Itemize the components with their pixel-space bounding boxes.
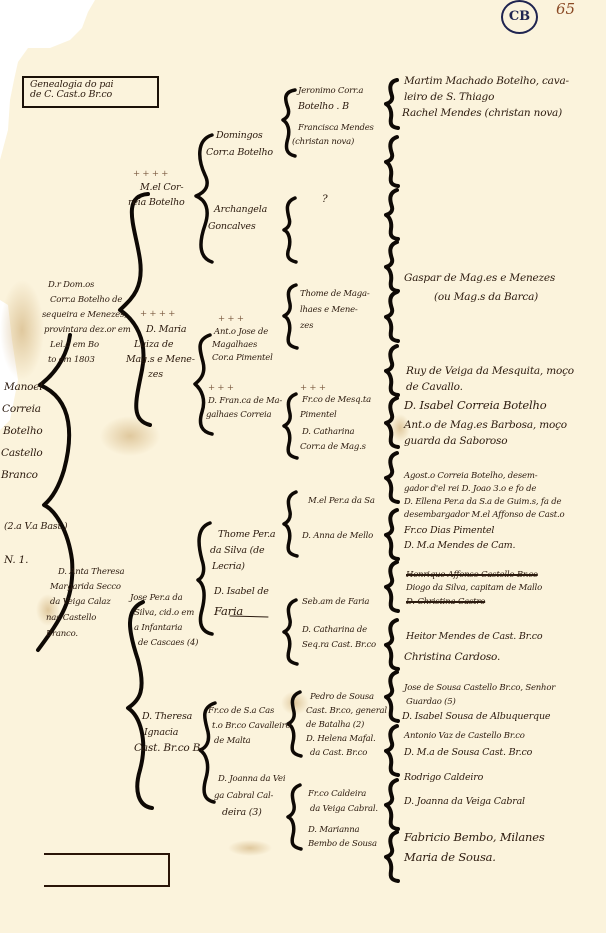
name-line: Archangela — [214, 205, 267, 215]
name-line: Francisca Mendes — [298, 124, 374, 133]
name-line: galhaes Correia — [206, 411, 271, 420]
name-line: D. M.a de Sousa Cast. Br.co — [404, 748, 532, 758]
name-line: D. Joanna da Vei — [218, 775, 285, 784]
name-line: M.el Cor- — [140, 183, 183, 193]
name-line: Botelho . B — [298, 102, 349, 112]
name-line: Thome de Maga- — [300, 290, 370, 299]
name-line: Diogo da Silva, capitam de Mallo — [406, 584, 542, 593]
name-line: Jose de Sousa Castello Br.co, Senhor — [404, 684, 555, 693]
name-line: Corr.a de Mag.s — [300, 443, 366, 452]
name-line: Fr.co Caldeira — [308, 790, 366, 799]
name-line: Agost.o Correia Botelho, desem- — [404, 472, 537, 481]
name-line: Ant.o de Mag.es Barbosa, moço — [404, 420, 567, 431]
name-line: reia Botelho — [128, 198, 185, 208]
name-line: Corr.a Botelho de — [50, 296, 122, 305]
name-line: M.el Per.a da Sa — [308, 497, 375, 506]
name-line: Fr.co de S.a Cas — [208, 707, 274, 716]
name-line: Fr.co Dias Pimentel — [404, 526, 494, 536]
name-line: Margarida Secco — [50, 583, 121, 592]
name-line: Rodrigo Caldeiro — [404, 773, 483, 783]
name-line: Jose Per.a da — [130, 594, 183, 603]
name-line: D. Catharina — [302, 428, 354, 437]
name-line: guarda da Saboroso — [404, 436, 507, 447]
name-line: Fr.co de Mesq.ta — [302, 396, 371, 405]
name-line: Martim Machado Botelho, cava- — [404, 76, 569, 87]
name-line: da Silva (de — [210, 546, 264, 556]
name-line: t.o Br.co Cavalleiro — [212, 722, 290, 731]
name-line: Ruy de Veiga da Mesquita, moço — [406, 366, 574, 377]
name-line: D. Theresa — [142, 712, 192, 722]
name-line: Seb.am de Faria — [302, 598, 369, 607]
name-line: Castello — [1, 448, 43, 459]
name-line: a Infantaria — [134, 624, 182, 633]
folio-number: 65 — [556, 0, 575, 18]
name-line: Maria de Sousa. — [404, 851, 496, 863]
name-line: deira (3) — [222, 808, 262, 818]
name-line: Ant.o Jose de — [214, 328, 268, 337]
name-line: (ou Mag.s da Barca) — [434, 292, 538, 303]
name-line: zes — [300, 322, 313, 331]
name-line: zes — [148, 370, 163, 380]
name-line: lhaes e Mene- — [300, 306, 358, 315]
unknown-marker: ? — [322, 194, 327, 205]
struck-line: Henrique Affonso Castello Br.co — [406, 571, 538, 580]
name-line: da Veiga Cabral. — [310, 805, 378, 814]
name-line: da Veiga Calaz — [50, 598, 111, 607]
name-line: D. Isabel de — [214, 587, 269, 597]
name-line: Corr.a Botelho — [206, 148, 273, 158]
name-line: leiro de S. Thiago — [404, 92, 494, 103]
name-line: ga Cabral Cal- — [214, 792, 273, 801]
name-line: Heitor Mendes de Cast. Br.co — [406, 632, 542, 642]
name-line: Cast. Br.co B. — [134, 743, 203, 754]
name-line: Gaspar de Mag.es e Menezes — [404, 273, 555, 284]
name-line: sequeira e Menezes, — [42, 311, 127, 320]
cross-marks: + + + + — [140, 310, 175, 319]
name-line: D. Anna de Mello — [302, 532, 373, 541]
library-stamp: CB — [501, 0, 538, 34]
subject-number: N. 1. — [4, 555, 28, 566]
cross-marks: + + + — [218, 315, 244, 324]
name-line: Pedro de Sousa — [310, 693, 374, 702]
name-line: Branco — [1, 470, 38, 481]
name-line: da Cast. Br.co — [310, 749, 367, 758]
name-line: Cor.a Pimentel — [212, 354, 273, 363]
cross-marks: + + + + — [133, 170, 168, 179]
name-line: D. Helena Mafal. — [306, 735, 376, 744]
manuscript-page: CB 65 Genealogia do pai de C. Cast.o Br.… — [0, 0, 606, 933]
name-line: Luiza de — [134, 340, 173, 350]
subject-note: (2.a V.a Bast.) — [4, 522, 67, 532]
name-line: D. Joanna da Veiga Cabral — [404, 797, 525, 807]
name-line: D. Catharina de — [302, 626, 367, 635]
name-line: de Cascaes (4) — [138, 639, 198, 648]
name-line: Domingos — [216, 131, 263, 141]
empty-box — [44, 853, 170, 887]
cross-marks: + + + — [300, 384, 326, 393]
name-line: Manoel — [4, 382, 42, 393]
name-line: de Malta — [214, 737, 251, 746]
name-line: de Cavallo. — [406, 382, 463, 393]
name-line: Fabricio Bembo, Milanes — [404, 831, 545, 843]
cross-marks: + + + — [208, 384, 234, 393]
name-line: D. Marianna — [308, 826, 359, 835]
name-line: Silva, cid.o em — [134, 609, 194, 618]
name-line: Lecria) — [212, 562, 245, 572]
name-line: Seq.ra Cast. Br.co — [302, 641, 376, 650]
name-line: D. Maria — [146, 325, 186, 335]
name-line: Ignacia — [144, 728, 178, 738]
name-line: Branco. — [46, 630, 78, 639]
name-line: Guardao (5) — [406, 698, 456, 707]
struck-line: D. Christina Castro — [406, 598, 485, 607]
name-line: D. Isabel Sousa de Albuquerque — [402, 712, 550, 722]
title-line: de C. Cast.o Br.co — [30, 90, 157, 100]
name-line: D. Isabel Correia Botelho — [404, 399, 546, 411]
name-line: D. Fran.ca de Ma- — [208, 397, 282, 406]
name-line: nas Castello — [46, 614, 96, 623]
name-line: to em 1803 — [48, 356, 95, 365]
name-line: Rachel Mendes (christan nova) — [402, 108, 562, 119]
name-line: Christina Cardoso. — [404, 652, 500, 663]
name-line: Lel.o em Bo — [50, 341, 99, 350]
name-line: desembargador M.el Affonso de Cast.o — [404, 511, 564, 520]
name-line: Thome Per.a — [218, 530, 275, 540]
name-line: Faria — [214, 605, 243, 617]
name-line: gador d'el rei D. Joao 3.o e fo de — [404, 485, 536, 494]
title-box: Genealogia do pai de C. Cast.o Br.co — [22, 76, 159, 108]
name-line: Antonio Vaz de Castello Br.co — [404, 732, 525, 741]
name-line: Magalhaes — [212, 341, 257, 350]
name-line: Jeronimo Corr.a — [298, 87, 363, 96]
name-line: Botelho — [3, 426, 43, 437]
name-line: D. Ellena Per.a da S.a de Guim.s, fa de — [404, 498, 561, 507]
name-line: Goncalves — [208, 222, 256, 232]
name-line: Cast. Br.co, general — [306, 707, 387, 716]
name-line: provintara dez.or em — [44, 326, 131, 335]
name-line: D. Anta Theresa — [58, 568, 124, 577]
name-line: D. M.a Mendes de Cam. — [404, 541, 515, 551]
name-line: Bembo de Sousa — [308, 840, 377, 849]
name-line: Mag.s e Mene- — [126, 355, 195, 365]
name-line: (christan nova) — [292, 138, 354, 147]
name-line: de Batalha (2) — [306, 721, 364, 730]
name-line: D.r Dom.os — [48, 281, 94, 290]
name-line: Pimentel — [300, 411, 337, 420]
name-line: Correia — [2, 404, 41, 415]
